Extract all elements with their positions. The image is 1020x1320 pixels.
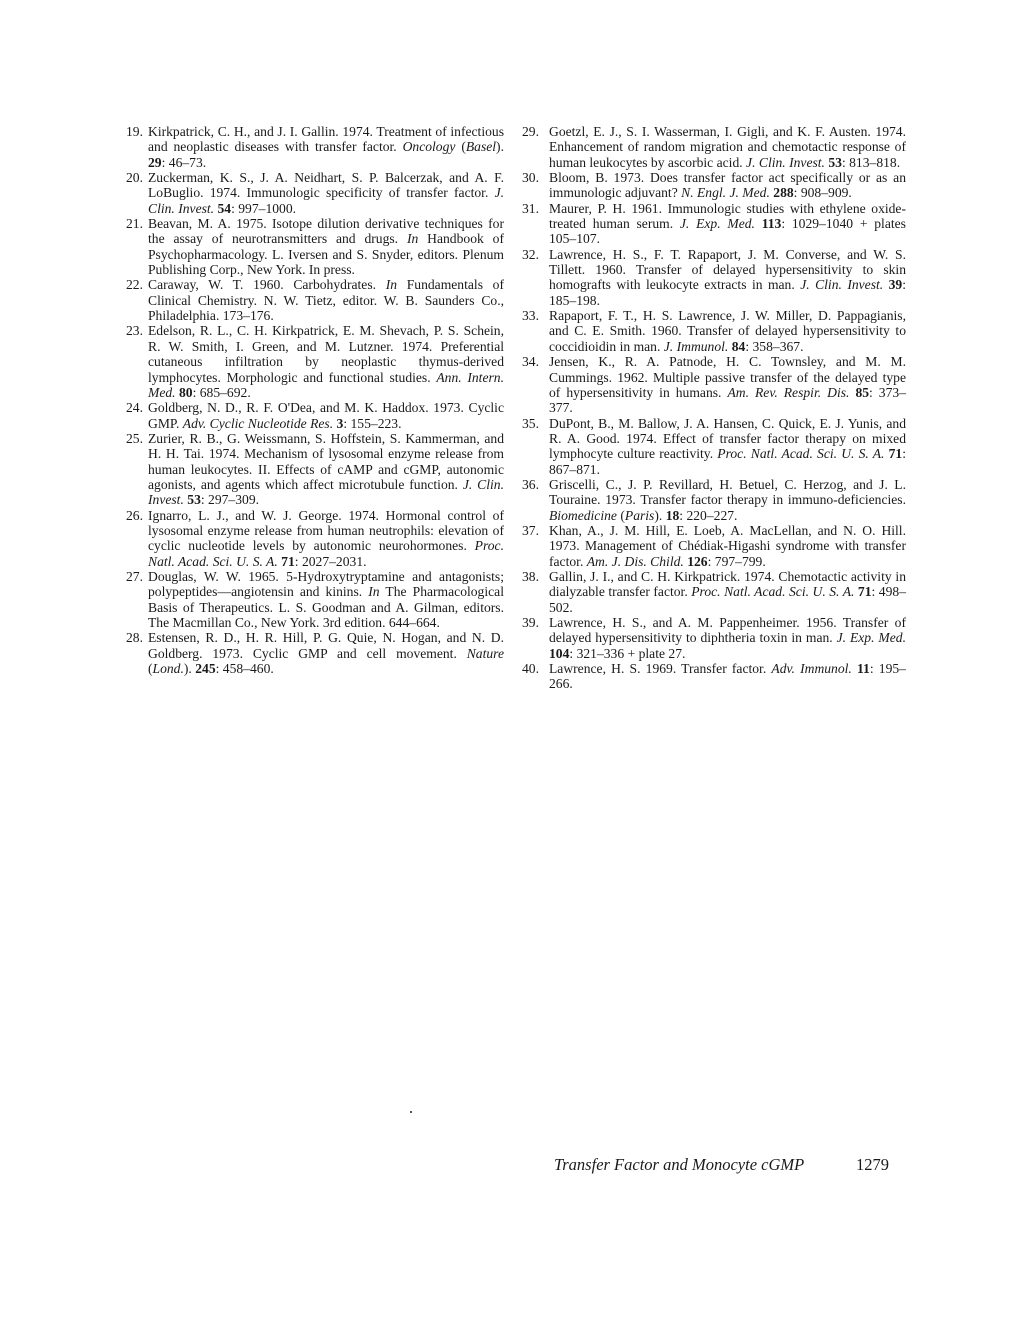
reference-entry: 34.Jensen, K., R. A. Patnode, H. C. Town… xyxy=(522,354,906,415)
reference-italic: J. Exp. Med. xyxy=(837,630,906,645)
reference-number: 30. xyxy=(522,170,539,185)
reference-italic: Proc. Natl. Acad. Sci. U. S. A. xyxy=(717,446,884,461)
reference-text: ). xyxy=(654,508,665,523)
reference-text: Zuckerman, K. S., J. A. Neidhart, S. P. … xyxy=(148,170,504,200)
reference-number: 28. xyxy=(126,630,143,645)
reference-number: 26. xyxy=(126,508,143,523)
reference-entry: 24.Goldberg, N. D., R. F. O'Dea, and M. … xyxy=(126,400,504,431)
reference-number: 38. xyxy=(522,569,539,584)
reference-entry: 20.Zuckerman, K. S., J. A. Neidhart, S. … xyxy=(126,170,504,216)
reference-entry: 22.Caraway, W. T. 1960. Carbohydrates. I… xyxy=(126,277,504,323)
reference-italic: Am. J. Dis. Child. xyxy=(587,554,684,569)
reference-entry: 36.Griscelli, C., J. P. Revillard, H. Be… xyxy=(522,477,906,523)
reference-number: 22. xyxy=(126,277,143,292)
printer-mark xyxy=(410,1111,412,1113)
reference-number: 24. xyxy=(126,400,143,415)
running-title: Transfer Factor and Monocyte cGMP xyxy=(554,1155,804,1175)
reference-italic: Am. Rev. Respir. Dis. xyxy=(727,385,849,400)
reference-text xyxy=(755,216,762,231)
reference-italic: J. Exp. Med. xyxy=(680,216,755,231)
reference-entry: 33.Rapaport, F. T., H. S. Lawrence, J. W… xyxy=(522,308,906,354)
reference-volume: 245 xyxy=(195,661,215,676)
reference-text: Estensen, R. D., H. R. Hill, P. G. Quie,… xyxy=(148,630,504,660)
reference-italic: Oncology xyxy=(403,139,456,154)
reference-volume: 53 xyxy=(828,155,842,170)
reference-italic: N. Engl. J. Med. xyxy=(681,185,770,200)
reference-text: : 321–336 + plate 27. xyxy=(569,646,685,661)
reference-text: : 46–73. xyxy=(162,155,207,170)
reference-volume: 29 xyxy=(148,155,162,170)
reference-italic: Paris xyxy=(625,508,654,523)
reference-number: 27. xyxy=(126,569,143,584)
reference-volume: 288 xyxy=(773,185,793,200)
reference-number: 32. xyxy=(522,247,539,262)
reference-text: : 797–799. xyxy=(708,554,766,569)
reference-entry: 35.DuPont, B., M. Ballow, J. A. Hansen, … xyxy=(522,416,906,477)
reference-entry: 37.Khan, A., J. M. Hill, E. Loeb, A. Mac… xyxy=(522,523,906,569)
reference-italic: In xyxy=(368,584,379,599)
reference-italic: Lond. xyxy=(153,661,184,676)
reference-text: : 155–223. xyxy=(343,416,401,431)
reference-italic: J. Clin. Invest. xyxy=(746,155,825,170)
reference-number: 40. xyxy=(522,661,539,676)
reference-number: 25. xyxy=(126,431,143,446)
reference-number: 34. xyxy=(522,354,539,369)
reference-text: ( xyxy=(455,139,465,154)
reference-italic: J. Immunol. xyxy=(664,339,729,354)
reference-entry: 26.Ignarro, L. J., and W. J. George. 197… xyxy=(126,508,504,569)
reference-entry: 19.Kirkpatrick, C. H., and J. I. Gallin.… xyxy=(126,124,504,170)
reference-italic: Nature xyxy=(467,646,504,661)
reference-entry: 38.Gallin, J. I., and C. H. Kirkpatrick.… xyxy=(522,569,906,615)
reference-text: Caraway, W. T. 1960. Carbohydrates. xyxy=(148,277,386,292)
reference-volume: 104 xyxy=(549,646,569,661)
reference-number: 31. xyxy=(522,201,539,216)
reference-number: 39. xyxy=(522,615,539,630)
reference-text: : 685–692. xyxy=(193,385,251,400)
reference-volume: 71 xyxy=(281,554,295,569)
reference-volume: 11 xyxy=(857,661,870,676)
reference-text: Ignarro, L. J., and W. J. George. 1974. … xyxy=(148,508,504,554)
reference-text: Griscelli, C., J. P. Revillard, H. Betue… xyxy=(549,477,906,507)
reference-entry: 30.Bloom, B. 1973. Does transfer factor … xyxy=(522,170,906,201)
reference-number: 37. xyxy=(522,523,539,538)
reference-entry: 25.Zurier, R. B., G. Weissmann, S. Hoffs… xyxy=(126,431,504,508)
reference-italic: In xyxy=(407,231,418,246)
reference-entry: 28.Estensen, R. D., H. R. Hill, P. G. Qu… xyxy=(126,630,504,676)
reference-volume: 71 xyxy=(889,446,903,461)
reference-entry: 32.Lawrence, H. S., F. T. Rapaport, J. M… xyxy=(522,247,906,308)
reference-text: : 908–909. xyxy=(794,185,852,200)
reference-italic: J. Clin. Invest. xyxy=(800,277,883,292)
reference-italic: Adv. Cyclic Nucleotide Res. xyxy=(183,416,333,431)
reference-volume: 84 xyxy=(732,339,746,354)
reference-text: ). xyxy=(184,661,195,676)
reference-text: Zurier, R. B., G. Weissmann, S. Hoffstei… xyxy=(148,431,504,492)
reference-volume: 18 xyxy=(666,508,680,523)
reference-volume: 39 xyxy=(889,277,903,292)
reference-text: : 297–309. xyxy=(201,492,259,507)
references-right-column: 29.Goetzl, E. J., S. I. Wasserman, I. Gi… xyxy=(522,124,906,692)
reference-text: : 358–367. xyxy=(745,339,803,354)
reference-italic: In xyxy=(386,277,397,292)
reference-text: : 458–460. xyxy=(216,661,274,676)
reference-volume: 71 xyxy=(858,584,872,599)
reference-text: : 220–227. xyxy=(679,508,737,523)
reference-italic: Biomedicine xyxy=(549,508,617,523)
reference-volume: 54 xyxy=(217,201,231,216)
reference-text: : 997–1000. xyxy=(231,201,296,216)
reference-entry: 21.Beavan, M. A. 1975. Isotope dilution … xyxy=(126,216,504,277)
reference-volume: 126 xyxy=(687,554,707,569)
reference-text: : 2027–2031. xyxy=(295,554,367,569)
reference-entry: 40.Lawrence, H. S. 1969. Transfer factor… xyxy=(522,661,906,692)
reference-number: 33. xyxy=(522,308,539,323)
page-number: 1279 xyxy=(856,1155,889,1175)
reference-entry: 39.Lawrence, H. S., and A. M. Pappenheim… xyxy=(522,615,906,661)
reference-italic: Proc. Natl. Acad. Sci. U. S. A. xyxy=(691,584,854,599)
reference-volume: 53 xyxy=(187,492,201,507)
reference-entry: 31.Maurer, P. H. 1961. Immunologic studi… xyxy=(522,201,906,247)
reference-volume: 113 xyxy=(762,216,782,231)
reference-text: ( xyxy=(617,508,625,523)
reference-number: 35. xyxy=(522,416,539,431)
reference-volume: 85 xyxy=(855,385,869,400)
reference-text: Lawrence, H. S. 1969. Transfer factor. xyxy=(549,661,771,676)
reference-number: 36. xyxy=(522,477,539,492)
references-left-column: 19.Kirkpatrick, C. H., and J. I. Gallin.… xyxy=(126,124,504,676)
reference-number: 21. xyxy=(126,216,143,231)
reference-entry: 29.Goetzl, E. J., S. I. Wasserman, I. Gi… xyxy=(522,124,906,170)
reference-text: ). xyxy=(496,139,504,154)
reference-italic: Adv. Immunol. xyxy=(771,661,851,676)
reference-text: : 813–818. xyxy=(842,155,900,170)
reference-number: 23. xyxy=(126,323,143,338)
reference-number: 19. xyxy=(126,124,143,139)
reference-number: 29. xyxy=(522,124,539,139)
reference-entry: 27.Douglas, W. W. 1965. 5-Hydroxytryptam… xyxy=(126,569,504,630)
reference-volume: 80 xyxy=(179,385,193,400)
reference-number: 20. xyxy=(126,170,143,185)
reference-italic: Basel xyxy=(466,139,496,154)
reference-entry: 23.Edelson, R. L., C. H. Kirkpatrick, E.… xyxy=(126,323,504,400)
